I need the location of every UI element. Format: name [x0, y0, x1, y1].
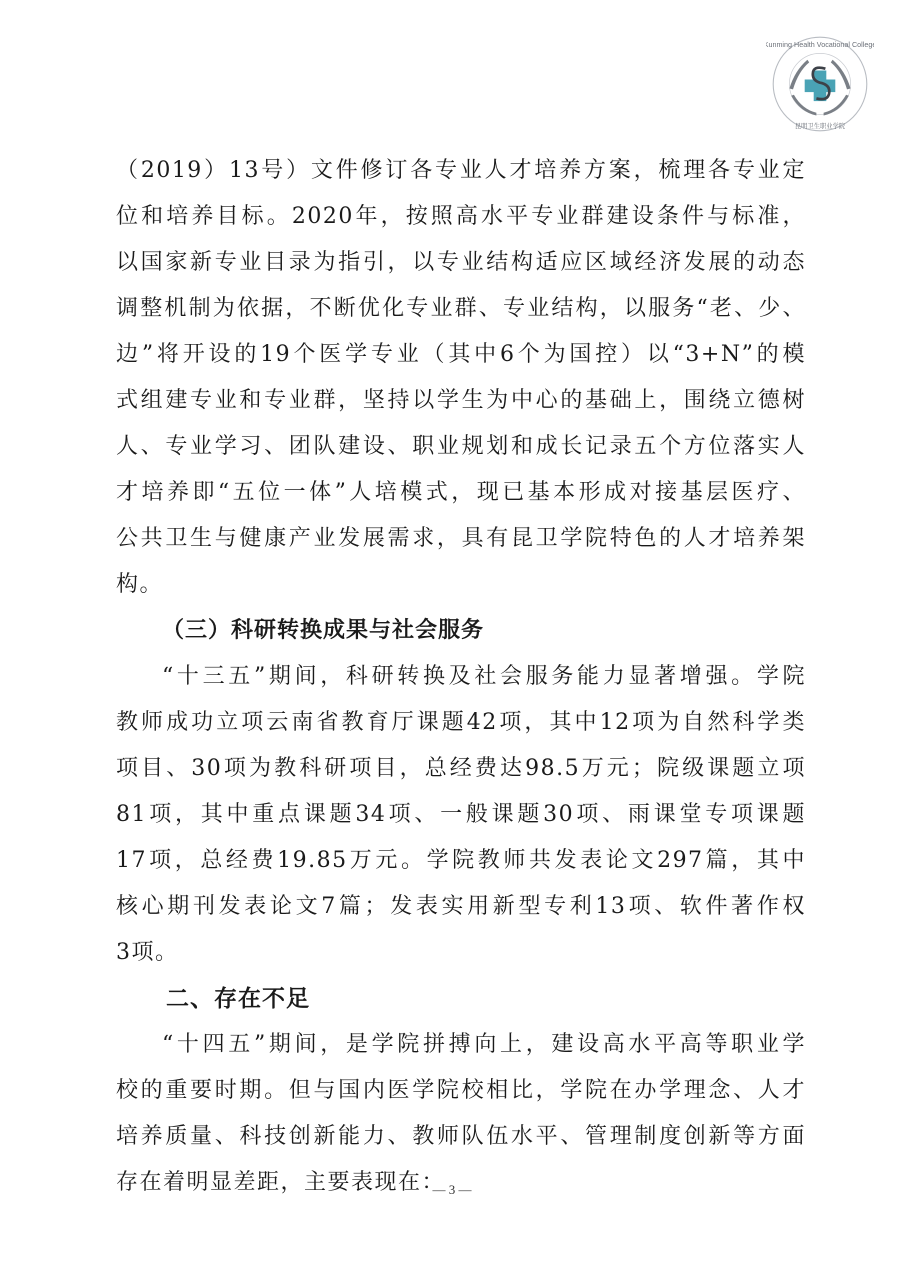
- paragraph-shortcomings: “十四五”期间，是学院拼搏向上，建设高水平高等职业学 校的重要时期。但与国内医学…: [116, 1022, 806, 1206]
- text-line: 培养质量、科技创新能力、教师队伍水平、管理制度创新等方面: [116, 1114, 806, 1160]
- text-line: 以国家新专业目录为指引，以专业结构适应区域经济发展的动态: [116, 240, 806, 286]
- section-heading-research: （三）科研转换成果与社会服务: [116, 608, 806, 654]
- text-line: 教师成功立项云南省教育厅课题42项，其中12项为自然科学类: [116, 700, 806, 746]
- section-heading-shortcomings: 二、存在不足: [116, 976, 806, 1022]
- text-line: “十四五”期间，是学院拼搏向上，建设高水平高等职业学: [116, 1022, 806, 1068]
- text-line: 位和培养目标。2020年，按照高水平专业群建设条件与标准，: [116, 194, 806, 240]
- page-number: — 3 —: [0, 1182, 904, 1198]
- text-line: 项目、30项为教科研项目，总经费达98.5万元；院级课题立项: [116, 746, 806, 792]
- text-line: 17项，总经费19.85万元。学院教师共发表论文297篇，其中: [116, 838, 806, 884]
- text-line: 公共卫生与健康产业发展需求，具有昆卫学院特色的人才培养架: [116, 516, 806, 562]
- text-line: 81项，其中重点课题34项、一般课题30项、雨课堂专项课题: [116, 792, 806, 838]
- svg-text:Kunming Health Vocational Coll: Kunming Health Vocational College: [766, 40, 874, 49]
- text-line: 3项。: [116, 930, 806, 976]
- college-emblem-icon: Kunming Health Vocational College 昆明卫生职业…: [766, 34, 874, 134]
- paragraph-research: “十三五”期间，科研转换及社会服务能力显著增强。学院 教师成功立项云南省教育厅课…: [116, 654, 806, 976]
- text-line: 校的重要时期。但与国内医学院校相比，学院在办学理念、人才: [116, 1068, 806, 1114]
- text-line: 式组建专业和专业群，坚持以学生为中心的基础上，围绕立德树: [116, 378, 806, 424]
- text-line: 边”将开设的19个医学专业（其中6个为国控）以“3+N”的模: [116, 332, 806, 378]
- text-line: （2019）13号）文件修订各专业人才培养方案，梳理各专业定: [116, 148, 806, 194]
- text-line: 调整机制为依据，不断优化专业群、专业结构，以服务“老、少、: [116, 286, 806, 332]
- svg-text:昆明卫生职业学院: 昆明卫生职业学院: [795, 121, 846, 130]
- text-line: 核心期刊发表论文7篇；发表实用新型专利13项、软件著作权: [116, 884, 806, 930]
- text-line: 才培养即“五位一体”人培模式，现已基本形成对接基层医疗、: [116, 470, 806, 516]
- paragraph-talent-training: （2019）13号）文件修订各专业人才培养方案，梳理各专业定 位和培养目标。20…: [116, 148, 806, 608]
- text-line: 人、专业学习、团队建设、职业规划和成长记录五个方位落实人: [116, 424, 806, 470]
- document-page: （2019）13号）文件修订各专业人才培养方案，梳理各专业定 位和培养目标。20…: [116, 148, 806, 1206]
- text-line: 构。: [116, 562, 806, 608]
- text-line: “十三五”期间，科研转换及社会服务能力显著增强。学院: [116, 654, 806, 700]
